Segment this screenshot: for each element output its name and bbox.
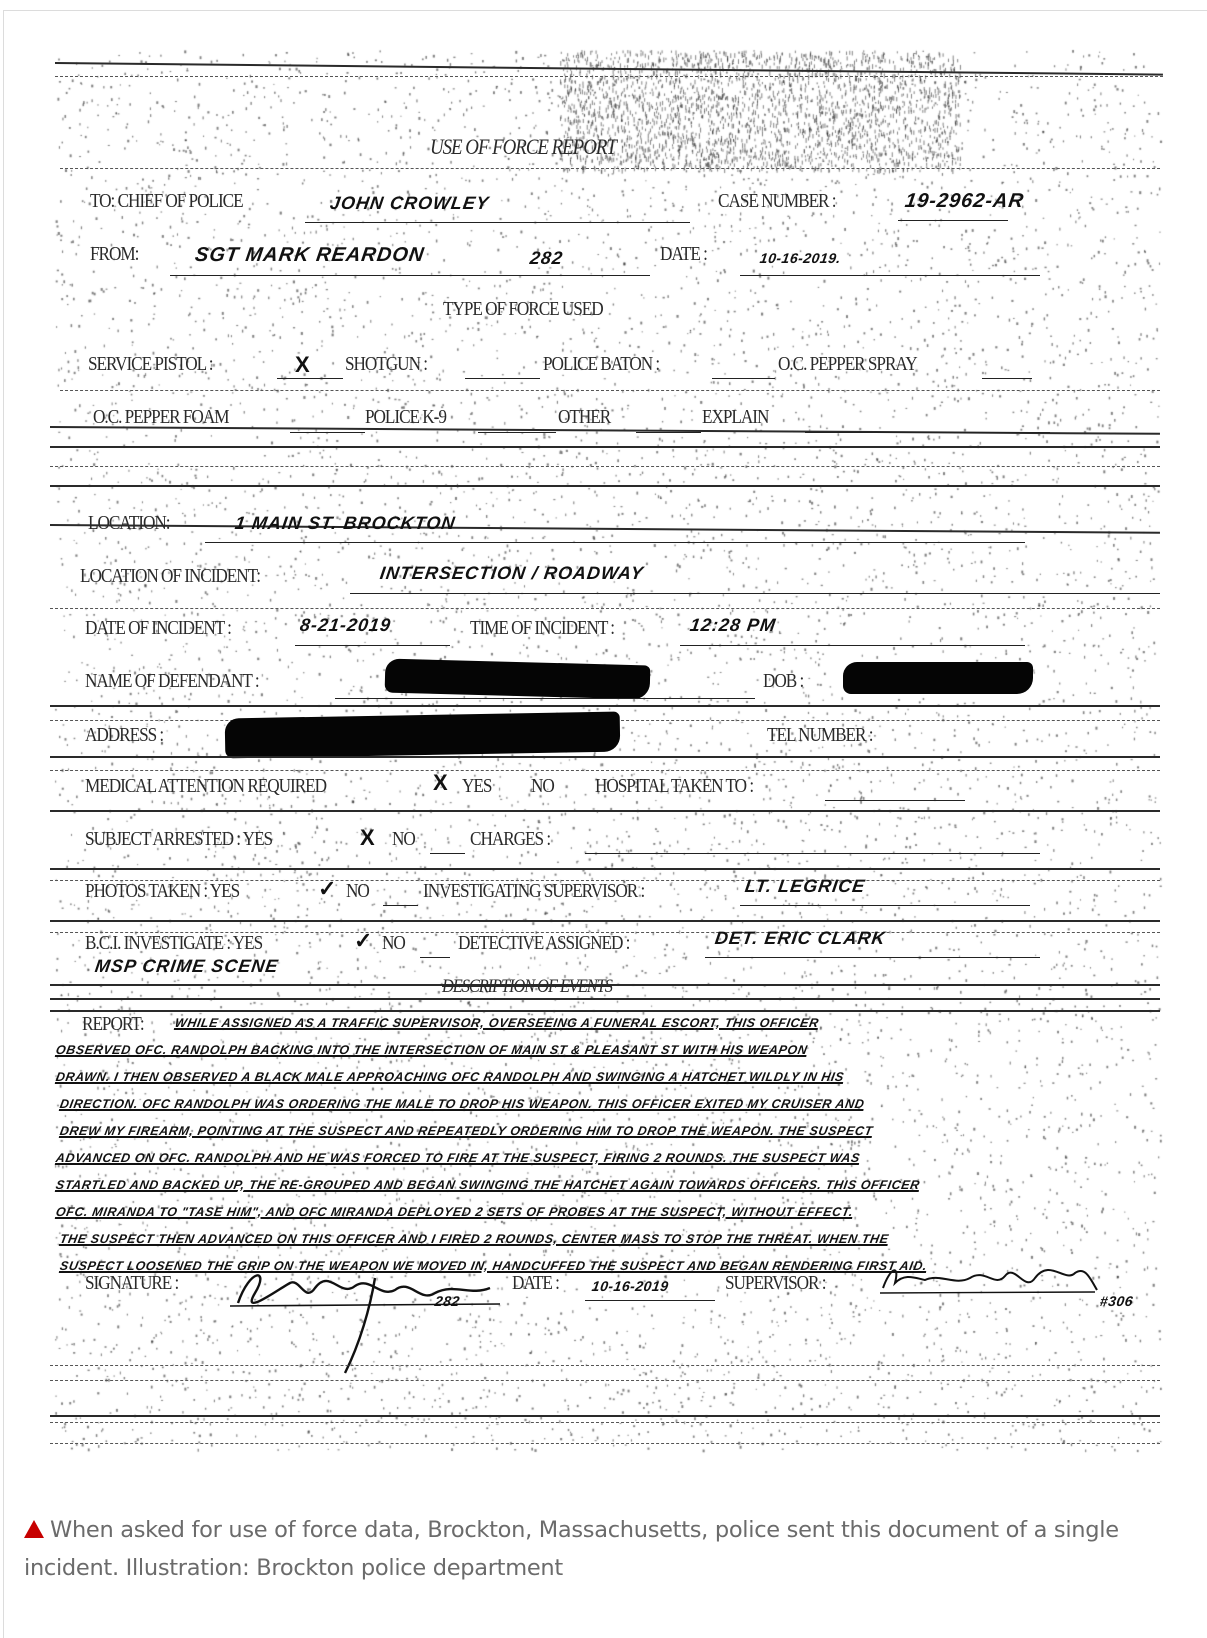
case-number-value: 19-2962-AR [903,190,1025,213]
signature-label: SIGNATURE : [85,1272,178,1295]
checkbox-line [277,378,343,379]
location-value: 1 MAIN ST. BROCKTON [234,513,457,534]
checkbox-line [383,905,418,906]
divider [50,1365,1160,1366]
footer-date-value: 10-16-2019 [591,1278,670,1294]
divider [55,76,1163,77]
divider [50,1415,1160,1417]
date-value: 10-16-2019. [759,250,842,266]
medical-mark[interactable]: X [433,770,448,796]
charges-label: CHARGES : [470,828,550,851]
field-line [740,275,1040,276]
from-badge: 282 [529,248,565,269]
divider [50,1010,1160,1012]
dob-label: DOB : [763,670,803,693]
explain-line [805,432,1050,433]
case-number-label: CASE NUMBER : [718,190,836,213]
medical-yes: YES [462,775,491,798]
photos-label: PHOTOS TAKEN : YES [85,880,239,903]
divider [50,705,1160,707]
bci-label: B.C.I. INVESTIGATE : YES [85,932,262,955]
divider [50,868,1160,870]
divider [50,1380,1160,1381]
force-oc-foam: O.C. PEPPER FOAM [93,406,228,429]
tel-number-label: TEL NUMBER : [767,724,872,747]
divider [50,756,1160,758]
date-label: DATE : [660,243,707,266]
signature-mark [220,1248,520,1378]
checkbox-line [430,853,465,854]
bci-mark[interactable]: ✓ [354,928,372,954]
from-label: FROM: [90,243,138,266]
divider [50,485,1160,487]
checkbox-line [290,432,365,433]
report-line: DREW MY FIREARM, POINTING AT THE SUSPECT… [59,1124,874,1138]
arrested-no: NO [392,828,415,851]
field-line [705,957,1040,958]
location-of-incident-label: LOCATION OF INCIDENT: [80,565,260,588]
photos-mark[interactable]: ✓ [318,876,336,902]
from-value: SGT MARK REARDON [193,244,426,267]
to-value: JOHN CROWLEY [329,193,491,214]
redaction-defendant [385,659,651,700]
report-line: WHILE ASSIGNED AS A TRAFFIC SUPERVISOR, … [174,1016,820,1030]
figure-caption: When asked for use of force data, Brockt… [24,1511,1184,1587]
field-line [350,593,1160,594]
detective-value: DET. ERIC CLARK [714,928,888,949]
force-police-baton: POLICE BATON : [543,353,659,376]
report-line: OFC. MIRANDA TO "TASE HIM", AND OFC MIRA… [55,1205,855,1219]
divider [50,998,1160,1000]
divider [50,608,1160,609]
field-line [585,853,1040,854]
field-line [205,542,1025,543]
checkbox-line [712,378,775,379]
supervisor-badge: #306 [1099,1293,1134,1309]
defendant-label: NAME OF DEFENDANT : [85,670,259,693]
force-oc-spray: O.C. PEPPER SPRAY [778,353,917,376]
scanned-document: USE OF FORCE REPORT TO: CHIEF OF POLICE … [0,10,1207,1490]
field-line [680,645,1025,646]
report-line: DIRECTION. OFC RANDOLPH WAS ORDERING THE… [59,1097,866,1111]
force-k9: POLICE K-9 [365,406,446,429]
field-line [585,1300,715,1301]
report-line: DRAWN. I THEN OBSERVED A BLACK MALE APPR… [55,1070,846,1084]
force-other: OTHER [558,406,610,429]
medical-label: MEDICAL ATTENTION REQUIRED [85,775,326,798]
red-triangle-icon [24,1520,44,1538]
field-line [305,222,690,223]
field-line [170,275,650,276]
hospital-label: HOSPITAL TAKEN TO : [595,775,753,798]
divider [60,390,1160,391]
checkbox-line [478,432,556,433]
report-title: USE OF FORCE REPORT [430,134,616,160]
field-line [295,645,450,646]
divider [50,446,1160,448]
to-label: TO: CHIEF OF POLICE [90,190,243,213]
checkbox-line [465,378,540,379]
service-pistol-mark[interactable]: X [295,352,310,378]
redaction-dob [843,662,1033,694]
force-shotgun: SHOTGUN : [345,353,427,376]
location-label: LOCATION: [88,512,169,535]
report-line: STARTLED AND BACKED UP, THE RE-GROUPED A… [55,1178,921,1192]
divider [60,168,1160,169]
inv-supervisor-value: LT. LEGRICE [744,876,867,897]
caption-text: When asked for use of force data, Brockt… [24,1517,1119,1581]
divider [50,770,1160,771]
report-line: THE SUSPECT THEN ADVANCED ON THIS OFFICE… [59,1232,890,1246]
field-line [825,800,965,801]
divider [50,1422,1160,1423]
field-line [898,220,1008,221]
time-of-incident-label: TIME OF INCIDENT : [470,617,614,640]
redaction-address [225,712,621,759]
supervisor-signature-mark [875,1248,1105,1308]
photos-no: NO [346,880,369,903]
divider [50,810,1160,812]
bci-no: NO [382,932,405,955]
supervisor-label: SUPERVISOR : [725,1272,825,1295]
arrested-mark[interactable]: X [360,825,375,851]
checkbox-line [420,957,450,958]
medical-no: NO [531,775,554,798]
force-heading: TYPE OF FORCE USED [443,298,603,321]
date-of-incident-value: 8-21-2019 [299,615,393,636]
address-label: ADDRESS : [85,724,163,747]
divider [50,466,1160,467]
report-line: OBSERVED OFC. RANDOLPH BACKING INTO THE … [55,1043,809,1057]
force-explain: EXPLAIN [702,406,768,429]
divider [50,1443,1160,1444]
location-of-incident-value: INTERSECTION / ROADWAY [379,563,646,584]
signature-badge: 282 [434,1293,461,1309]
date-of-incident-label: DATE OF INCIDENT : [85,617,231,640]
detective-label: DETECTIVE ASSIGNED : [458,932,629,955]
checkbox-line [636,432,701,433]
force-service-pistol: SERVICE PISTOL : [88,353,213,376]
footer-date-label: DATE : [512,1272,559,1295]
field-line [335,698,755,699]
time-of-incident-value: 12:28 PM [689,615,778,636]
report-line: ADVANCED ON OFC. RANDOLPH AND HE WAS FOR… [55,1151,861,1165]
description-heading: DESCRIPTION OF EVENTS [442,976,612,998]
divider [50,920,1160,922]
checkbox-line [982,378,1032,379]
field-line [740,905,1030,906]
report-label: REPORT: [82,1013,144,1036]
extra-note: MSP CRIME SCENE [94,956,280,977]
arrested-label: SUBJECT ARRESTED : YES [85,828,272,851]
inv-supervisor-label: INVESTIGATING SUPERVISOR : [423,880,644,903]
